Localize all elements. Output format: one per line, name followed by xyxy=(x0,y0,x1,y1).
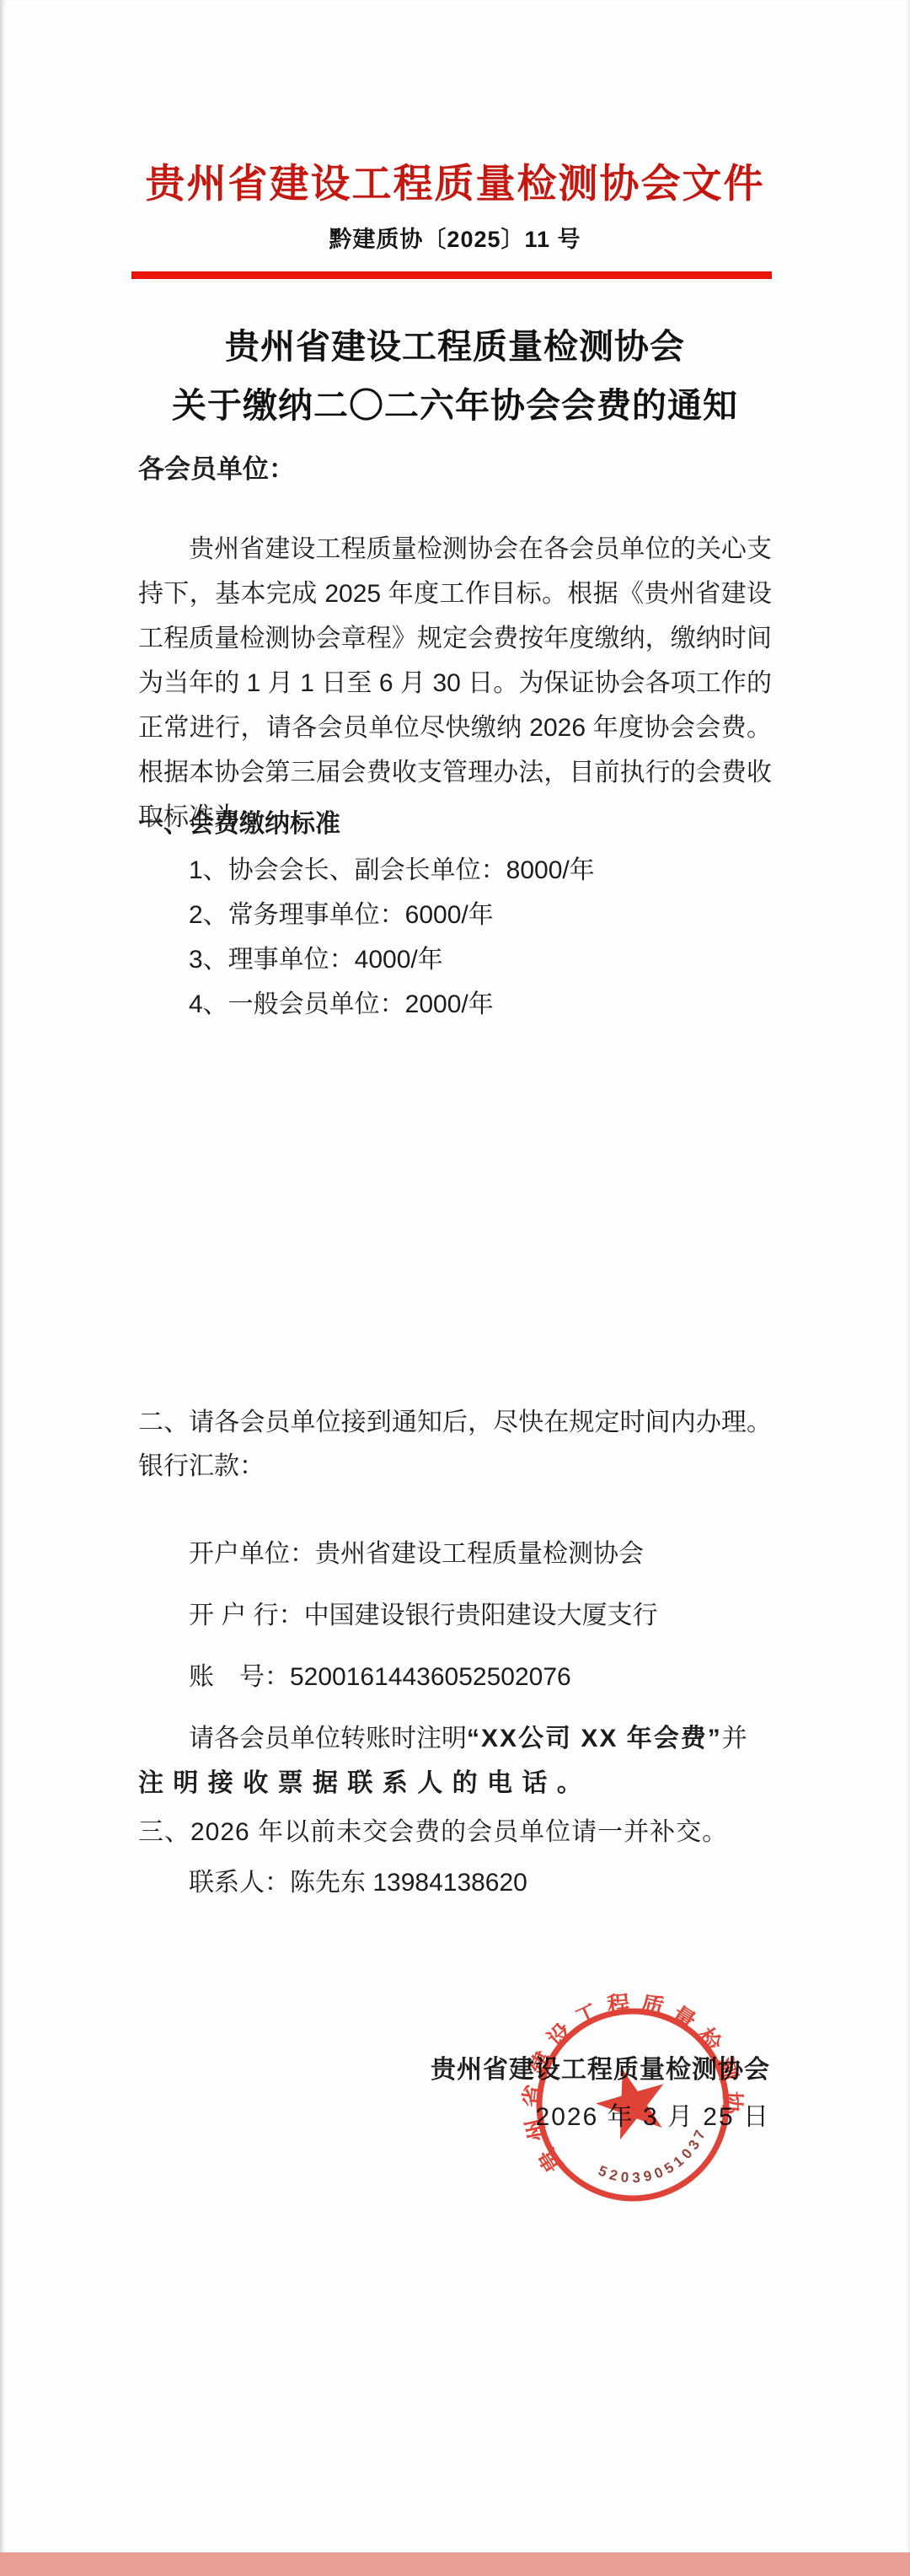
bank-account-number-value: 52001614436052502076 xyxy=(290,1663,571,1691)
transfer-note-pre: 请各会员单位转账时注明 xyxy=(189,1725,467,1752)
bottom-scan-bar xyxy=(0,2552,910,2576)
bank-branch-row: 开 户 行：中国建设银行贵阳建设大厦支行 xyxy=(189,1594,658,1631)
bank-account-name-row: 开户单位：贵州省建设工程质量检测协会 xyxy=(189,1532,658,1570)
transfer-note-post: 并 xyxy=(722,1725,747,1752)
transfer-note-line1: 请各会员单位转账时注明“XX公司 XX 年会费”并 xyxy=(138,1716,779,1761)
fee-item-executive-director: 2、常务理事单位：6000/年 xyxy=(189,893,595,937)
notice-title-line2: 关于缴纳二〇二六年协会会费的通知 xyxy=(0,378,910,427)
section1-title: 一、会费缴纳标准 xyxy=(138,802,340,840)
document-page: 贵州省建设工程质量检测协会文件 黔建质协〔2025〕11 号 贵州省建设工程质量… xyxy=(0,0,910,2576)
document-org-title: 贵州省建设工程质量检测协会文件 xyxy=(0,153,910,209)
salutation: 各会员单位： xyxy=(138,448,295,486)
bank-account-name-value: 贵州省建设工程质量检测协会 xyxy=(315,1540,644,1568)
bank-account-name-label: 开户单位： xyxy=(189,1540,315,1568)
red-divider-rule xyxy=(131,271,772,279)
transfer-note-quoted: “XX公司 XX 年会费” xyxy=(467,1725,722,1752)
fee-item-president: 1、协会会长、副会长单位：8000/年 xyxy=(189,848,595,893)
svg-text:52039051037: 52039051037 xyxy=(590,2121,720,2198)
bank-branch-label: 开 户 行： xyxy=(189,1602,304,1629)
bank-account-number-label: 账 号： xyxy=(189,1663,290,1691)
stamp-code: 52039051037 xyxy=(590,2121,720,2198)
official-red-stamp-icon: 贵州省建设工程质量检测协会 52039051037 xyxy=(482,1954,784,2257)
fee-item-general-member: 4、一般会员单位：2000/年 xyxy=(189,982,595,1027)
bank-account-number-row: 账 号：52001614436052502076 xyxy=(189,1656,658,1693)
fee-standard-list: 1、协会会长、副会长单位：8000/年 2、常务理事单位：6000/年 3、理事… xyxy=(189,848,595,1027)
stamp-star xyxy=(589,2059,675,2144)
bank-remittance-info: 开户单位：贵州省建设工程质量检测协会 开 户 行：中国建设银行贵阳建设大厦支行 … xyxy=(189,1532,658,1717)
document-number: 黔建质协〔2025〕11 号 xyxy=(0,221,910,254)
bank-branch-value: 中国建设银行贵阳建设大厦支行 xyxy=(304,1602,658,1629)
contact-person: 联系人：陈先东 13984138620 xyxy=(189,1861,527,1898)
notice-title-line1: 贵州省建设工程质量检测协会 xyxy=(0,319,910,368)
section2-title: 二、请各会员单位接到通知后，尽快在规定时间内办理。银行汇款： xyxy=(138,1401,772,1489)
section3-title: 三、2026 年以前未交会费的会员单位请一并补交。 xyxy=(138,1811,728,1848)
transfer-note-line2: 注明接收票据联系人的电话。 xyxy=(138,1762,591,1799)
fee-item-director: 3、理事单位：4000/年 xyxy=(189,937,595,982)
intro-paragraph: 贵州省建设工程质量检测协会在各会员单位的关心支持下，基本完成 2025 年度工作… xyxy=(138,527,772,840)
